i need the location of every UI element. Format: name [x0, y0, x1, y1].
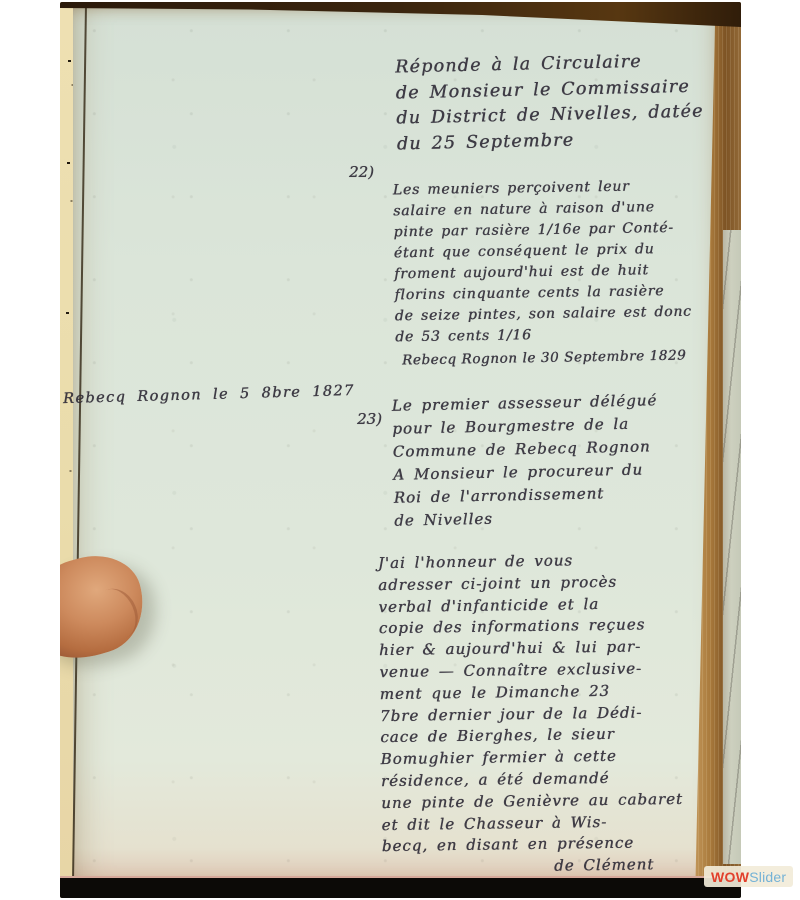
entry-number-23: 23): [357, 410, 382, 428]
wowslider-watermark-badge[interactable]: WOWSlider: [704, 866, 793, 887]
entry-22-paragraph: Les meuniers perçoivent leur salaire en …: [393, 176, 693, 349]
manuscript-line: venue — Connaître exclusive-: [379, 658, 681, 684]
reply-heading: Réponde à la Circulaire de Monsieur le C…: [395, 49, 705, 158]
entry-23-body: J'ai l'honneur de vous adresser ci-joint…: [378, 549, 684, 880]
neighbor-page-writing: [723, 230, 741, 864]
entry-23-address: Le premier assesseur délégué pour le Bou…: [392, 389, 660, 533]
entry-number-22: 22): [349, 163, 374, 181]
wowslider-wow-label: WOW: [711, 869, 749, 885]
manuscript-photo: Réponde à la Circulaire de Monsieur le C…: [60, 2, 741, 898]
binding-stitch-marks: [68, 60, 71, 62]
manuscript-line: une pinte de Genièvre au cabaret: [381, 789, 683, 815]
wowslider-slider-label: Slider: [749, 869, 786, 885]
neighbor-page-edge: [723, 230, 741, 864]
manuscript-line: de Clément: [554, 854, 684, 878]
